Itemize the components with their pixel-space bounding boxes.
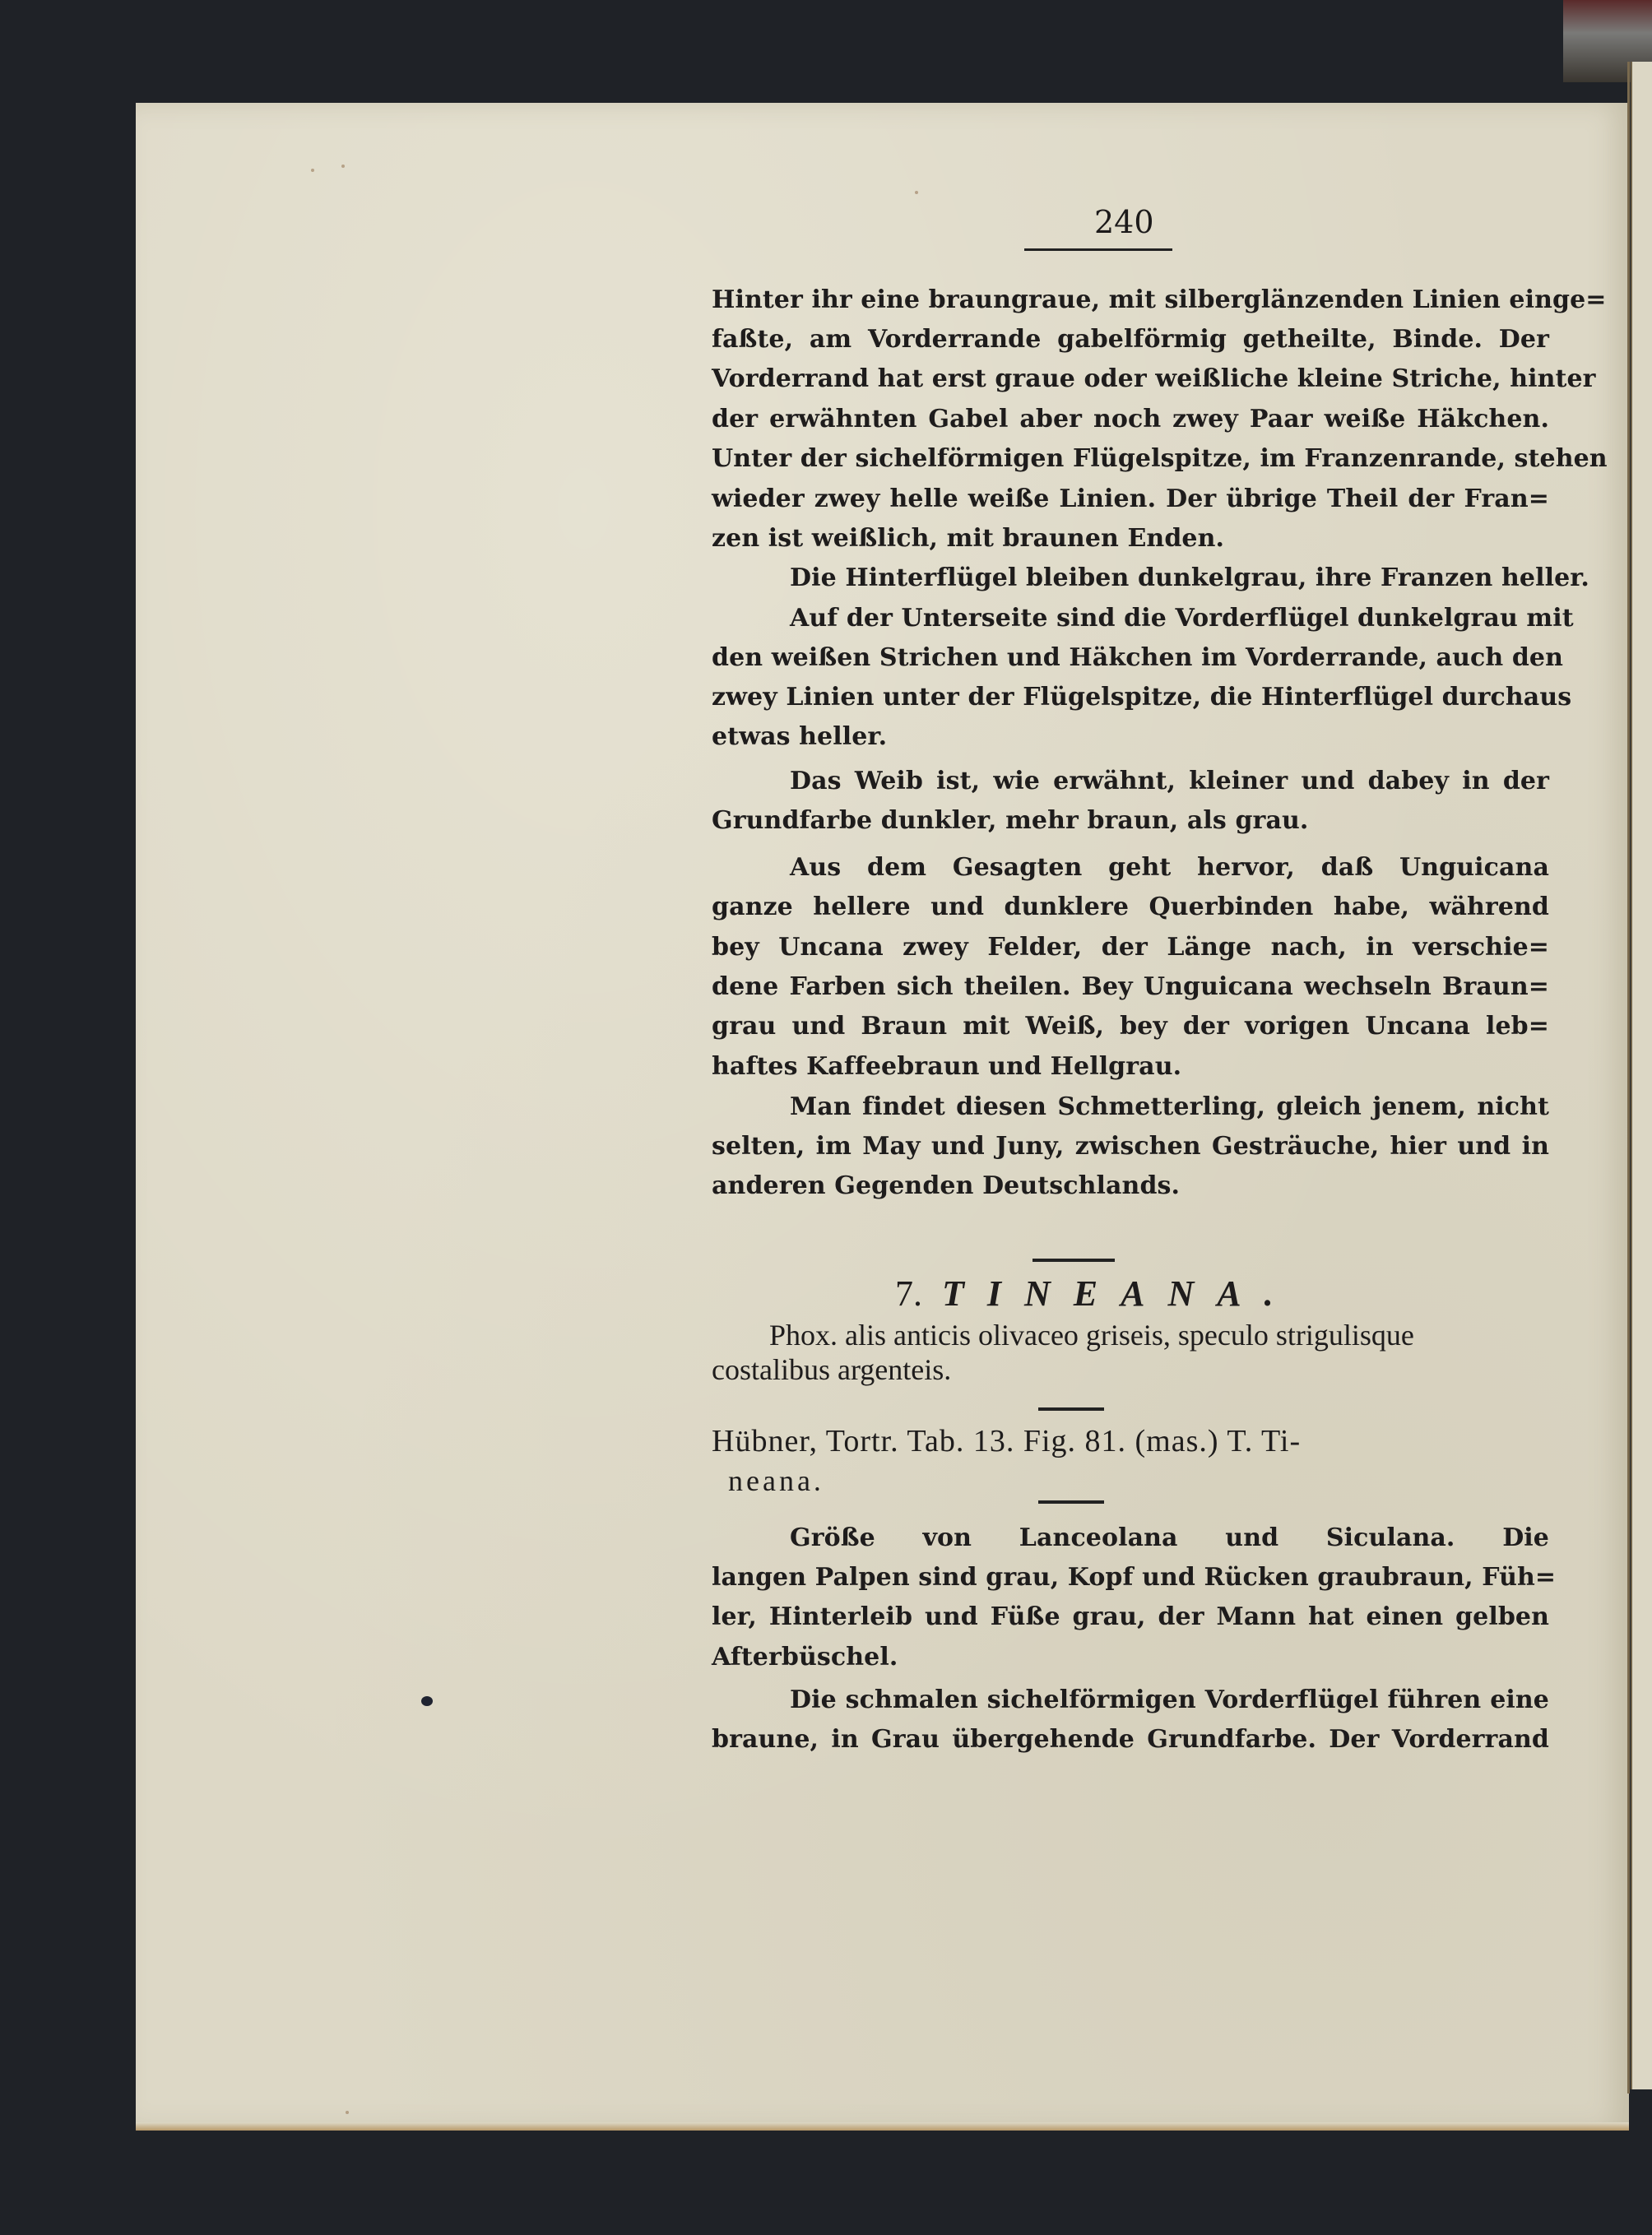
text-line: haftes Kaffeebraun und Hellgrau. — [712, 1050, 1549, 1083]
text-line: etwas heller. — [712, 721, 1549, 754]
text-line: Das Weib ist, wie erwähnt, kleiner und d… — [712, 765, 1549, 798]
text-line: selten, im May und Juny, zwischen Gesträ… — [712, 1130, 1549, 1163]
latin-diagnosis-line: Phox. alis anticis olivaceo griseis, spe… — [769, 1319, 1414, 1352]
text-line: Hinter ihr eine braungraue, mit silbergl… — [712, 284, 1549, 317]
paper-speck — [915, 191, 918, 194]
section-rule — [1038, 1407, 1104, 1411]
text-line: dene Farben sich theilen. Bey Unguicana … — [712, 971, 1549, 1004]
section-rule — [1038, 1500, 1104, 1504]
text-line: Auf der Unterseite sind die Vorderflügel… — [712, 602, 1549, 635]
latin-diagnosis-line: costalibus argenteis. — [712, 1353, 951, 1386]
section-heading: 7.TINEANA. — [895, 1273, 1297, 1315]
text-line: langen Palpen sind grau, Kopf und Rücken… — [712, 1561, 1549, 1594]
facing-page-sliver — [1631, 62, 1652, 2089]
text-line: Man findet diesen Schmetterling, gleich … — [712, 1091, 1549, 1124]
paper-speck — [346, 2111, 349, 2114]
text-line: Die schmalen sichelförmigen Vorderflügel… — [712, 1684, 1549, 1717]
page-number: 240 — [1094, 204, 1154, 240]
text-line: Unter der sichelförmigen Flügelspitze, i… — [712, 443, 1549, 475]
text-line: zwey Linien unter der Flügelspitze, die … — [712, 681, 1549, 714]
text-line: Afterbüschel. — [712, 1641, 1549, 1674]
species-name: TINEANA. — [942, 1273, 1297, 1314]
text-line: der erwähnten Gabel aber noch zwey Paar … — [712, 403, 1549, 436]
text-line: ler, Hinterleib und Füße grau, der Mann … — [712, 1601, 1549, 1634]
paper-speck — [341, 165, 345, 168]
section-number: 7. — [895, 1273, 922, 1314]
page-bottom-edge — [136, 2122, 1629, 2131]
text-line: bey Uncana zwey Felder, der Länge nach, … — [712, 931, 1549, 964]
text-line: Vorderrand hat erst graue oder weißliche… — [712, 363, 1549, 396]
paper-speck — [311, 169, 314, 172]
text-line: wieder zwey helle weiße Linien. Der übri… — [712, 483, 1549, 516]
text-line: braune, in Grau übergehende Grundfarbe. … — [712, 1723, 1549, 1756]
text-line: Grundfarbe dunkler, mehr braun, als grau… — [712, 805, 1549, 837]
text-line: Aus dem Gesagten geht hervor, daß Unguic… — [712, 851, 1549, 884]
text-line: Die Hinterflügel bleiben dunkelgrau, ihr… — [712, 562, 1549, 595]
section-rule — [1032, 1259, 1115, 1262]
text-line: zen ist weißlich, mit braunen Enden. — [712, 522, 1549, 555]
text-line: den weißen Strichen und Häkchen im Vorde… — [712, 642, 1549, 675]
text-line: ganze hellere und dunklere Querbinden ha… — [712, 891, 1549, 924]
reference-line: Hübner, Tortr. Tab. 13. Fig. 81. (mas.) … — [712, 1425, 1301, 1458]
header-rule — [1024, 248, 1172, 251]
ink-blot — [421, 1696, 433, 1706]
reference-line: neana. — [728, 1464, 824, 1497]
book-gutter — [1627, 62, 1630, 2094]
text-line: faßte, am Vorderrande gabelförmig gethei… — [712, 323, 1549, 356]
text-line: grau und Braun mit Weiß, bey der vorigen… — [712, 1010, 1549, 1043]
text-line: Größe von Lanceolana und Siculana. Die — [712, 1522, 1549, 1555]
text-line: anderen Gegenden Deutschlands. — [712, 1170, 1549, 1203]
